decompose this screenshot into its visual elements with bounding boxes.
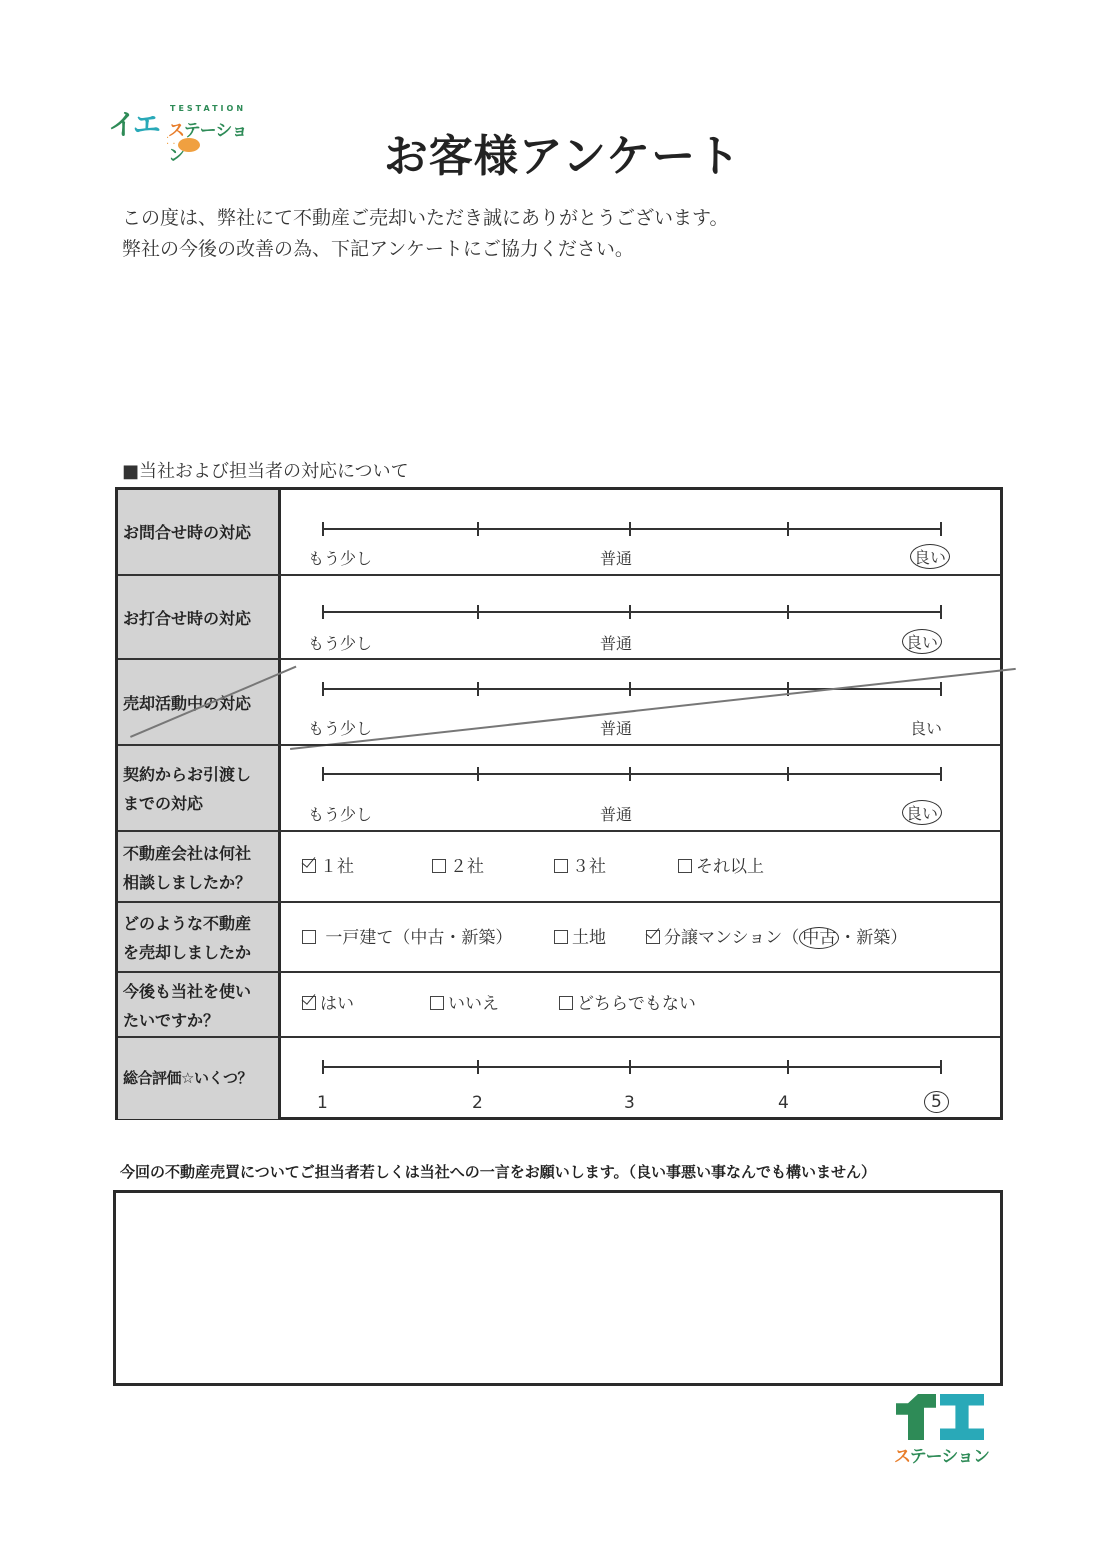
section-heading: ■当社および担当者の対応について <box>122 457 409 483</box>
scale-label-mid[interactable]: 普通 <box>600 546 632 569</box>
scale-tick[interactable] <box>322 1060 324 1074</box>
scale-tick[interactable] <box>477 522 479 536</box>
checkbox[interactable] <box>432 859 446 873</box>
option-1-company[interactable]: １社 <box>302 852 354 877</box>
scale-label-low[interactable]: もう少し <box>308 631 372 654</box>
row-label: 売却活動中の対応 <box>118 660 281 746</box>
scale-tick[interactable] <box>322 605 324 619</box>
checkbox[interactable] <box>559 996 573 1010</box>
scale-label-low[interactable]: もう少し <box>308 716 372 739</box>
checkbox[interactable] <box>302 930 316 944</box>
scale-tick[interactable] <box>629 767 631 781</box>
scale-tick[interactable] <box>477 767 479 781</box>
scale-label-high-selected[interactable]: 良い <box>910 544 950 569</box>
scale-label-mid[interactable]: 普通 <box>600 716 632 739</box>
option-land[interactable]: 土地 <box>554 923 606 948</box>
option-yes[interactable]: はい <box>302 989 354 1014</box>
survey-row-property-type: どのような不動産 を売却しましたか 一戸建て（中古・新築） 土地 分譲マンション… <box>118 901 1000 973</box>
comment-textarea[interactable] <box>113 1190 1003 1386</box>
scale-tick[interactable] <box>629 1060 631 1074</box>
survey-row-meeting: お打合せ時の対応 もう少し 普通 良い <box>118 574 1000 660</box>
logo-wordmark-first: ス <box>894 1447 910 1467</box>
rating-scale[interactable]: もう少し 普通 良い <box>284 576 1000 660</box>
scale-tick[interactable] <box>629 605 631 619</box>
scale-tick[interactable] <box>322 767 324 781</box>
rating-3[interactable]: 3 <box>624 1093 635 1113</box>
checkbox[interactable] <box>554 859 568 873</box>
scale-line <box>322 773 942 775</box>
checkbox-checked[interactable] <box>302 859 316 873</box>
rating-scale[interactable]: もう少し 普通 良い <box>284 490 1000 574</box>
option-2-companies[interactable]: ２社 <box>432 852 484 877</box>
scale-tick[interactable] <box>940 682 942 696</box>
scale-tick[interactable] <box>787 605 789 619</box>
rating-scale[interactable]: もう少し 普通 良い <box>284 746 1000 832</box>
scale-tick[interactable] <box>322 522 324 536</box>
option-3-companies[interactable]: ３社 <box>554 852 606 877</box>
scale-tick[interactable] <box>629 522 631 536</box>
option-neither[interactable]: どちらでもない <box>559 989 696 1014</box>
survey-table: お問合せ時の対応 もう少し 普通 良い お打合せ時の対応 もう少し 普通 良い <box>115 487 1003 1120</box>
row-label: 総合評価☆いくつ？ <box>118 1038 281 1119</box>
scale-label-low[interactable]: もう少し <box>308 546 372 569</box>
options-cell: １社 ２社 ３社 それ以上 <box>284 832 1000 903</box>
survey-row-inquiry: お問合せ時の対応 もう少し 普通 良い <box>118 490 1000 574</box>
scale-tick[interactable] <box>787 767 789 781</box>
survey-row-use-again: 今後も当社を使い たいですか？ はい いいえ どちらでもない <box>118 971 1000 1038</box>
option-no[interactable]: いいえ <box>430 989 499 1014</box>
rating-scale[interactable]: もう少し 普通 良い <box>284 660 1000 746</box>
row-label-line-2: たいですか？ <box>123 1006 251 1035</box>
rating-4[interactable]: 4 <box>778 1093 789 1113</box>
scale-tick[interactable] <box>940 605 942 619</box>
company-logo-bottom: ステーション <box>892 1392 992 1472</box>
option-label: １社 <box>320 857 354 877</box>
rating-5-selected[interactable]: 5 <box>924 1091 949 1113</box>
scale-label-high-selected[interactable]: 良い <box>902 629 942 654</box>
row-label-line-1: 契約からお引渡し <box>123 760 251 789</box>
intro-line-1: この度は、弊社にて不動産ご売却いただき誠にありがとうございます。 <box>122 203 728 234</box>
survey-row-companies-consulted: 不動産会社は何社 相談しましたか？ １社 ２社 ３社 それ以上 <box>118 830 1000 903</box>
scale-label-mid[interactable]: 普通 <box>600 631 632 654</box>
survey-row-sales-activity: 売却活動中の対応 もう少し 普通 良い <box>118 658 1000 746</box>
scale-tick[interactable] <box>787 522 789 536</box>
option-detached-house[interactable]: 一戸建て（中古・新築） <box>302 923 512 948</box>
checkbox[interactable] <box>430 996 444 1010</box>
option-more[interactable]: それ以上 <box>678 852 764 877</box>
option-label: 分譲マンション <box>664 928 782 948</box>
option-label: 土地 <box>572 928 606 948</box>
scale-tick[interactable] <box>477 1060 479 1074</box>
row-label-line-1: どのような不動産 <box>123 909 251 938</box>
row-label-line-2: を売却しましたか <box>123 938 251 967</box>
logo-wordmark-rest: テーション <box>910 1447 989 1467</box>
scale-tick[interactable] <box>940 1060 942 1074</box>
checkbox-checked[interactable] <box>646 930 660 944</box>
scale-line <box>322 611 942 613</box>
checkbox-checked[interactable] <box>302 996 316 1010</box>
intro-line-2: 弊社の今後の改善の為、下記アンケートにご協力ください。 <box>122 234 728 265</box>
scale-line <box>322 528 942 530</box>
logo-mark-i-icon <box>896 1394 936 1440</box>
logo-subtitle: TESTATION <box>170 104 246 113</box>
row-label-line-2: までの対応 <box>123 789 251 818</box>
scale-tick[interactable] <box>477 605 479 619</box>
row-label: お問合せ時の対応 <box>118 490 281 574</box>
rating-scale-numeric[interactable]: 1 2 3 4 5 <box>284 1038 1000 1119</box>
option-label: 一戸建て（中古・新築） <box>325 928 512 948</box>
row-label-line-2: 相談しましたか？ <box>123 868 251 897</box>
scale-label-mid[interactable]: 普通 <box>600 802 632 825</box>
row-label-line-1: 今後も当社を使い <box>123 977 251 1006</box>
rating-1[interactable]: 1 <box>317 1093 328 1113</box>
scale-line <box>322 1066 942 1068</box>
options-cell: 一戸建て（中古・新築） 土地 分譲マンション（中古・新築） <box>284 903 1000 973</box>
survey-row-overall-rating: 総合評価☆いくつ？ 1 2 3 4 5 <box>118 1036 1000 1119</box>
intro-text: この度は、弊社にて不動産ご売却いただき誠にありがとうございます。 弊社の今後の改… <box>122 203 728 265</box>
comment-prompt: 今回の不動産売買についてご担当者若しくは当社への一言をお願いします。（良い事悪い… <box>120 1161 876 1182</box>
options-cell: はい いいえ どちらでもない <box>284 973 1000 1038</box>
row-label: 不動産会社は何社 相談しましたか？ <box>118 832 281 903</box>
option-suffix-rest: ・新築） <box>839 928 907 948</box>
logo-wordmark: ステーション <box>894 1442 989 1467</box>
scale-tick[interactable] <box>787 1060 789 1074</box>
row-label-line-1: 不動産会社は何社 <box>123 839 251 868</box>
option-label: ３社 <box>572 857 606 877</box>
option-label: ２社 <box>450 857 484 877</box>
rating-2[interactable]: 2 <box>472 1093 483 1113</box>
page-title: お客様アンケート <box>0 120 1100 184</box>
scale-tick[interactable] <box>940 767 942 781</box>
scale-label-low[interactable]: もう少し <box>308 802 372 825</box>
option-label: いいえ <box>448 994 499 1014</box>
logo-mark-e-icon <box>940 1394 984 1440</box>
option-used-selected[interactable]: 中古 <box>799 927 839 949</box>
row-label: 今後も当社を使い たいですか？ <box>118 973 281 1038</box>
option-label: それ以上 <box>696 857 764 877</box>
option-suffix-open: （ <box>782 928 799 948</box>
scale-tick[interactable] <box>477 682 479 696</box>
scale-tick[interactable] <box>940 522 942 536</box>
scale-label-high[interactable]: 良い <box>910 716 942 739</box>
row-label: どのような不動産 を売却しましたか <box>118 903 281 973</box>
scale-label-high-selected[interactable]: 良い <box>902 800 942 825</box>
survey-row-contract-handover: 契約からお引渡し までの対応 もう少し 普通 良い <box>118 744 1000 832</box>
scale-tick[interactable] <box>629 682 631 696</box>
option-label: どちらでもない <box>577 994 696 1014</box>
option-label: はい <box>320 994 354 1014</box>
option-condominium[interactable]: 分譲マンション（中古・新築） <box>646 923 907 948</box>
checkbox[interactable] <box>554 930 568 944</box>
scale-tick[interactable] <box>322 682 324 696</box>
row-label: お打合せ時の対応 <box>118 576 281 660</box>
row-label: 契約からお引渡し までの対応 <box>118 746 281 832</box>
scale-line <box>322 688 942 690</box>
checkbox[interactable] <box>678 859 692 873</box>
